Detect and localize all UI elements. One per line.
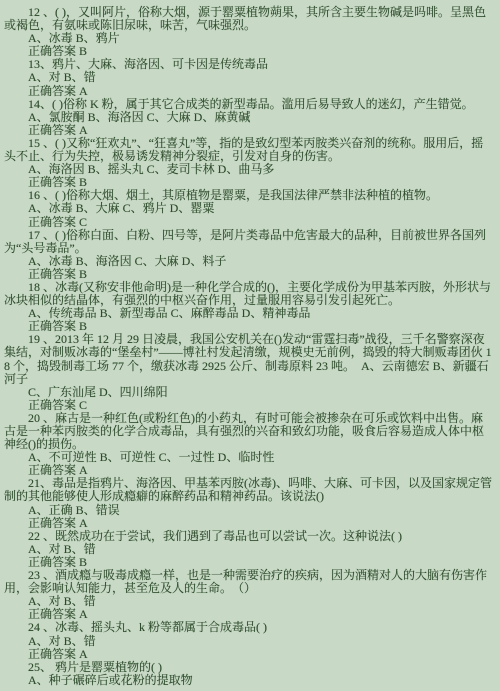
question-answer: 正确答案 A [4, 85, 494, 98]
question-answer: 正确答案 B [4, 268, 494, 281]
question-answer: 正确答案 C [4, 399, 494, 412]
question-options: A、对 B、错 [4, 635, 494, 648]
question-stem: 25、 鸦片是罂粟植物的( ) [4, 661, 494, 674]
question-stem: 22 、既然成功在于尝试，我们遇到了毒品也可以尝试一次。这种说法( ) [4, 530, 494, 543]
question-options: A、正确 B、错误 [4, 504, 494, 517]
question-options: A、对 B、错 [4, 543, 494, 556]
question-stem: 12 、( )，又叫阿片，俗称大烟，源于罂粟植物蒴果，其所含主要生物碱是吗啡。呈… [4, 6, 494, 32]
question-options: A、冰毒 B、海洛因 C、大麻 D、料子 [4, 255, 494, 268]
question-answer: 正确答案 A [4, 648, 494, 661]
question-stem: 23 、酒成瘾与吸毒成瘾一样，也是一种需要治疗的疾病，因为酒精对人的大脑有伤害作… [4, 569, 494, 595]
question-options: A、氯胺酮 B、海洛因 C、大麻 D、麻黄碱 [4, 111, 494, 124]
question-stem: 18 、冰毒(又称安非他命明)是一种化学合成的()，主要化学成份为甲基苯丙胺，外… [4, 281, 494, 307]
question-answer: 正确答案 A [4, 124, 494, 137]
question-options: A、种子碾碎后或花粉的提取物 [4, 674, 494, 687]
question-stem: 17 、( )俗称白面、白粉、四号等，是阿片类毒品中危害最大的品种，目前被世界各… [4, 229, 494, 255]
question-options: A、对 B、错 [4, 71, 494, 84]
question-answer: 正确答案 C [4, 216, 494, 229]
question-options: C、广东汕尾 D、四川绵阳 [4, 386, 494, 399]
question-stem: 21、毒品是指鸦片、海洛因、甲基苯丙胺(冰毒)、吗啡、大麻、可卡因，以及国家规定… [4, 477, 494, 503]
document-page: 12 、( )，又叫阿片，俗称大烟，源于罂粟植物蒴果，其所含主要生物碱是吗啡。呈… [0, 0, 500, 691]
question-stem: 14、( )俗称 K 粉，属于其它合成类的新型毒品。滥用后易导致人的迷幻，产生错… [4, 98, 494, 111]
question-answer: 正确答案 A [4, 517, 494, 530]
question-options: A、冰毒 B、大麻 C、鸦片 D、罂粟 [4, 202, 494, 215]
question-stem: 15 、( )又称“狂欢丸”、“狂喜丸”等，指的是致幻型苯丙胺类兴奋剂的统称。服… [4, 137, 494, 163]
question-stem: 20 、麻古是一种红色(或粉红色)的小药丸，有时可能会被掺杂在可乐或饮料中出售。… [4, 412, 494, 451]
question-stem: 19 、2013 年 12 月 29 日凌晨，我国公安机关在()发动“雷霆扫毒”… [4, 333, 494, 385]
question-stem: 24 、冰毒、摇头丸、k 粉等都属于合成毒品( ) [4, 621, 494, 634]
